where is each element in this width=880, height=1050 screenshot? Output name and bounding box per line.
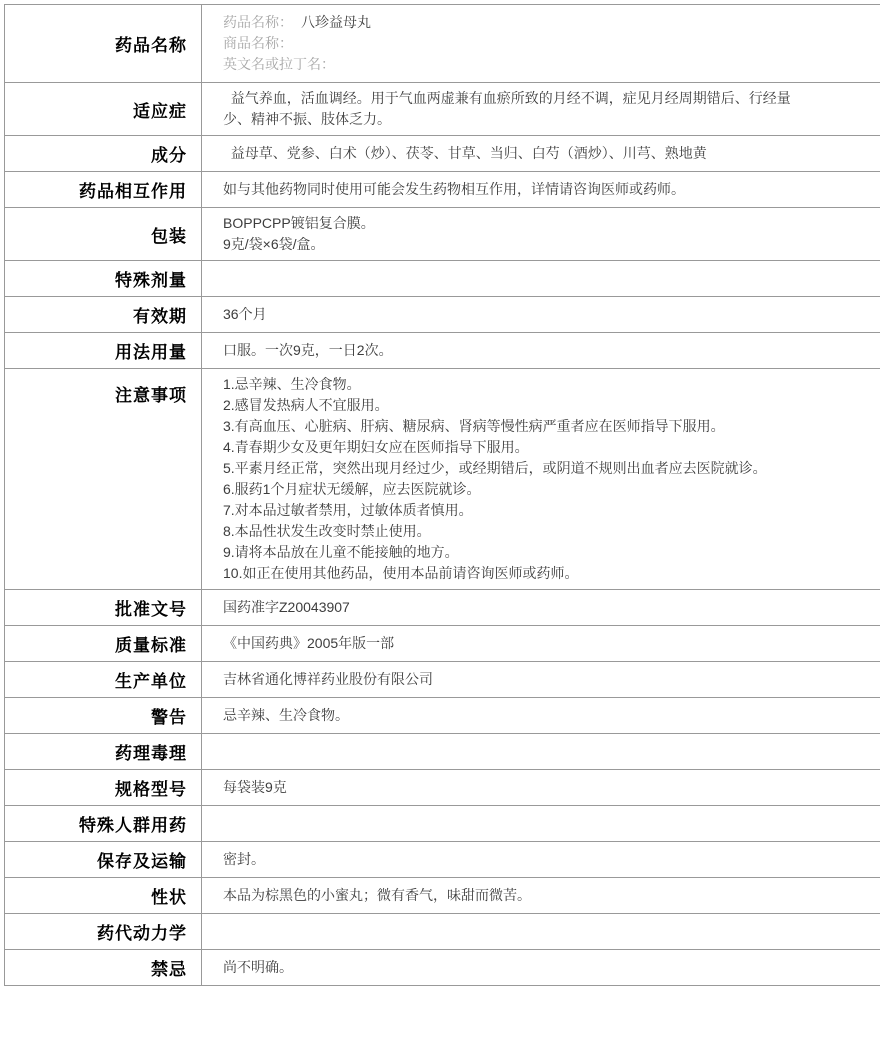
- row-content: 本品为棕黑色的小蜜丸；微有香气，味甜而微苦。: [202, 878, 880, 914]
- row-content: 药品名称：八珍益母丸商品名称：英文名或拉丁名：: [202, 5, 880, 83]
- row-content: 益母草、党参、白术（炒）、茯苓、甘草、当归、白芍（酒炒）、川芎、熟地黄: [202, 136, 880, 172]
- row-label: 药品名称: [5, 5, 202, 83]
- row-label: 药品相互作用: [5, 172, 202, 208]
- content-line: 《中国药典》2005年版一部: [223, 633, 870, 654]
- table-row: 禁忌尚不明确。: [5, 950, 880, 986]
- content-line: 7.对本品过敏者禁用，过敏体质者慎用。: [223, 500, 870, 521]
- content-line: 本品为棕黑色的小蜜丸；微有香气，味甜而微苦。: [223, 885, 870, 906]
- row-label: 质量标准: [5, 626, 202, 662]
- content-line: 4.青春期少女及更年期妇女应在医师指导下服用。: [223, 437, 870, 458]
- table-row: 警告忌辛辣、生冷食物。: [5, 698, 880, 734]
- content-line: 36个月: [223, 304, 870, 325]
- content-line: 吉林省通化博祥药业股份有限公司: [223, 669, 870, 690]
- row-label: 规格型号: [5, 770, 202, 806]
- table-row: 规格型号每袋装9克: [5, 770, 880, 806]
- table-row: 特殊剂量: [5, 261, 880, 297]
- table-row: 批准文号国药准字Z20043907: [5, 590, 880, 626]
- table-row: 用法用量口服。一次9克，一日2次。: [5, 333, 880, 369]
- content-line: 密封。: [223, 849, 870, 870]
- field-value: 八珍益母丸: [301, 14, 371, 30]
- field-label: 英文名或拉丁名：: [223, 56, 335, 72]
- content-line: [223, 813, 870, 834]
- row-label: 成分: [5, 136, 202, 172]
- table-row: 有效期36个月: [5, 297, 880, 333]
- table-row: 药品名称药品名称：八珍益母丸商品名称：英文名或拉丁名：: [5, 5, 880, 83]
- row-content: 密封。: [202, 842, 880, 878]
- field-label: 药品名称：: [223, 14, 293, 30]
- content-line: 6.服药1个月症状无缓解，应去医院就诊。: [223, 479, 870, 500]
- content-line: 1.忌辛辣、生冷食物。: [223, 374, 870, 395]
- row-content: [202, 734, 880, 770]
- content-line: 5.平素月经正常，突然出现月经过少，或经期错后，或阴道不规则出血者应去医院就诊。: [223, 458, 870, 479]
- row-content: 口服。一次9克，一日2次。: [202, 333, 880, 369]
- table-row: 药品相互作用如与其他药物同时使用可能会发生药物相互作用，详情请咨询医师或药师。: [5, 172, 880, 208]
- content-line: 国药准字Z20043907: [223, 597, 870, 618]
- row-label: 禁忌: [5, 950, 202, 986]
- content-line: 益母草、党参、白术（炒）、茯苓、甘草、当归、白芍（酒炒）、川芎、熟地黄: [223, 143, 870, 164]
- row-label: 药代动力学: [5, 914, 202, 950]
- row-content: 吉林省通化博祥药业股份有限公司: [202, 662, 880, 698]
- drug-info-table: 药品名称药品名称：八珍益母丸商品名称：英文名或拉丁名：适应症 益气养血，活血调经…: [4, 4, 880, 986]
- row-content: 每袋装9克: [202, 770, 880, 806]
- content-line: BOPPCPP镀铝复合膜。: [223, 213, 870, 234]
- content-line: 如与其他药物同时使用可能会发生药物相互作用，详情请咨询医师或药师。: [223, 179, 870, 200]
- row-label: 保存及运输: [5, 842, 202, 878]
- table-row: 包装BOPPCPP镀铝复合膜。9克/袋×6袋/盒。: [5, 208, 880, 261]
- table-row: 保存及运输密封。: [5, 842, 880, 878]
- row-label: 批准文号: [5, 590, 202, 626]
- row-content: [202, 914, 880, 950]
- content-line: 2.感冒发热病人不宜服用。: [223, 395, 870, 416]
- table-row: 性状本品为棕黑色的小蜜丸；微有香气，味甜而微苦。: [5, 878, 880, 914]
- table-row: 适应症 益气养血，活血调经。用于气血两虚兼有血瘀所致的月经不调，症见月经周期错后…: [5, 83, 880, 136]
- row-content: [202, 806, 880, 842]
- row-label: 有效期: [5, 297, 202, 333]
- row-label: 性状: [5, 878, 202, 914]
- content-line: 8.本品性状发生改变时禁止使用。: [223, 521, 870, 542]
- content-line: 尚不明确。: [223, 957, 870, 978]
- table-row: 成分 益母草、党参、白术（炒）、茯苓、甘草、当归、白芍（酒炒）、川芎、熟地黄: [5, 136, 880, 172]
- drug-info-rows: 药品名称药品名称：八珍益母丸商品名称：英文名或拉丁名：适应症 益气养血，活血调经…: [5, 5, 880, 986]
- field-label: 商品名称：: [223, 35, 293, 51]
- row-content: [202, 261, 880, 297]
- table-row: 注意事项1.忌辛辣、生冷食物。2.感冒发热病人不宜服用。3.有高血压、心脏病、肝…: [5, 369, 880, 590]
- row-content: 忌辛辣、生冷食物。: [202, 698, 880, 734]
- row-label: 特殊人群用药: [5, 806, 202, 842]
- row-content: 益气养血，活血调经。用于气血两虚兼有血瘀所致的月经不调，症见月经周期错后、行经量…: [202, 83, 880, 136]
- row-label: 警告: [5, 698, 202, 734]
- content-line: 每袋装9克: [223, 777, 870, 798]
- row-label: 用法用量: [5, 333, 202, 369]
- row-label: 特殊剂量: [5, 261, 202, 297]
- row-label: 生产单位: [5, 662, 202, 698]
- content-line: 益气养血，活血调经。用于气血两虚兼有血瘀所致的月经不调，症见月经周期错后、行经量: [223, 88, 870, 109]
- content-line: [223, 921, 870, 942]
- content-line: 口服。一次9克，一日2次。: [223, 340, 870, 361]
- table-row: 质量标准《中国药典》2005年版一部: [5, 626, 880, 662]
- field-line: 商品名称：: [223, 33, 870, 54]
- table-row: 药代动力学: [5, 914, 880, 950]
- row-label: 药理毒理: [5, 734, 202, 770]
- table-row: 特殊人群用药: [5, 806, 880, 842]
- row-label: 适应症: [5, 83, 202, 136]
- field-line: 英文名或拉丁名：: [223, 54, 870, 75]
- content-line: 9.请将本品放在儿童不能接触的地方。: [223, 542, 870, 563]
- row-content: 《中国药典》2005年版一部: [202, 626, 880, 662]
- row-content: 1.忌辛辣、生冷食物。2.感冒发热病人不宜服用。3.有高血压、心脏病、肝病、糖尿…: [202, 369, 880, 590]
- content-line: 忌辛辣、生冷食物。: [223, 705, 870, 726]
- table-row: 生产单位吉林省通化博祥药业股份有限公司: [5, 662, 880, 698]
- row-content: 尚不明确。: [202, 950, 880, 986]
- content-line: 少、精神不振、肢体乏力。: [223, 109, 870, 130]
- row-label: 包装: [5, 208, 202, 261]
- row-content: 如与其他药物同时使用可能会发生药物相互作用，详情请咨询医师或药师。: [202, 172, 880, 208]
- row-label: 注意事项: [5, 369, 202, 590]
- content-line: [223, 741, 870, 762]
- row-content: BOPPCPP镀铝复合膜。9克/袋×6袋/盒。: [202, 208, 880, 261]
- content-line: [223, 268, 870, 289]
- table-row: 药理毒理: [5, 734, 880, 770]
- content-line: 10.如正在使用其他药品，使用本品前请咨询医师或药师。: [223, 563, 870, 584]
- content-line: 3.有高血压、心脏病、肝病、糖尿病、肾病等慢性病严重者应在医师指导下服用。: [223, 416, 870, 437]
- content-line: 9克/袋×6袋/盒。: [223, 234, 870, 255]
- drug-info-page: 药品名称药品名称：八珍益母丸商品名称：英文名或拉丁名：适应症 益气养血，活血调经…: [0, 4, 880, 986]
- row-content: 国药准字Z20043907: [202, 590, 880, 626]
- row-content: 36个月: [202, 297, 880, 333]
- field-line: 药品名称：八珍益母丸: [223, 12, 870, 33]
